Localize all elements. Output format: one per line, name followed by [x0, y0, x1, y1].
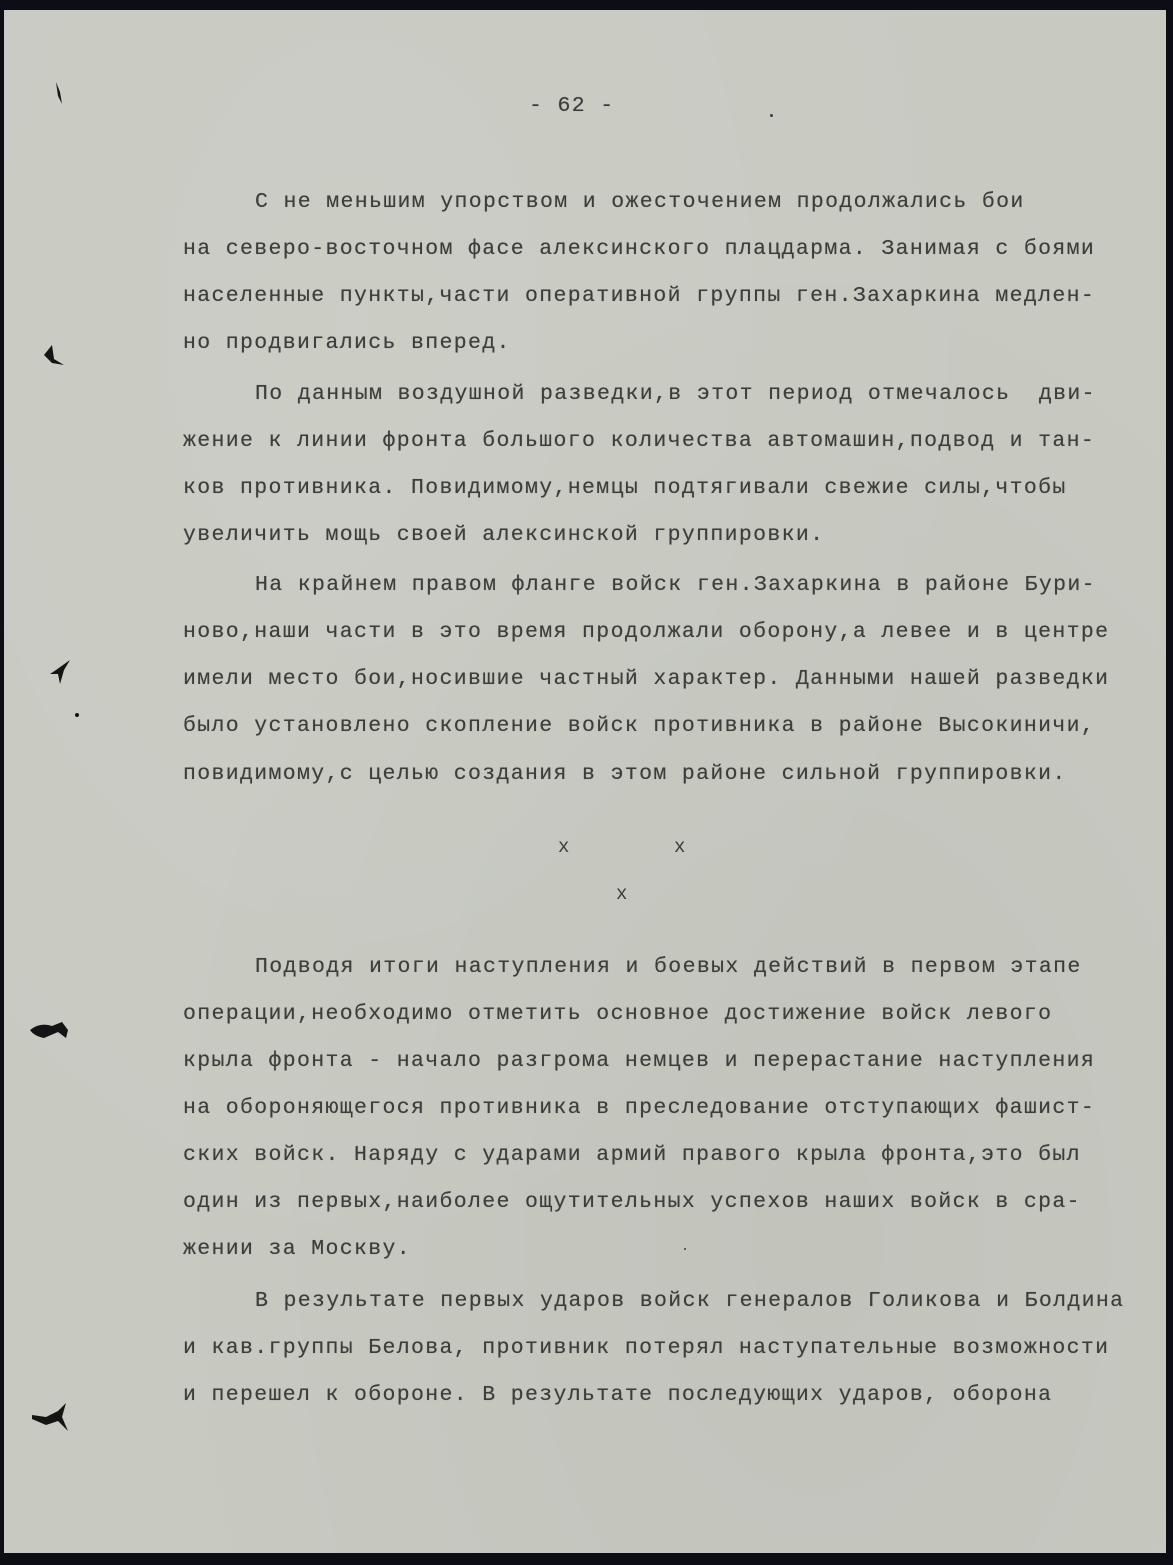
- paragraph-2-line-3: ков противника. Повидимому,немцы подтяги…: [183, 478, 1067, 500]
- paragraph-1-line-4: но продвигались вперед.: [183, 333, 511, 355]
- ink-speck: [684, 1248, 686, 1250]
- binding-holes: [4, 10, 124, 1553]
- paragraph-3-line-1: На крайнем правом фланге войск ген.Захар…: [255, 575, 1096, 597]
- paragraph-4-line-4: на обороняющегося противника в преследов…: [183, 1098, 1095, 1120]
- paragraph-1-line-2: на северо-восточном фасе алексинского пл…: [183, 239, 1095, 261]
- paragraph-1-line-1: С не меньшим упорством и ожесточением пр…: [255, 192, 1025, 214]
- separator-mark-3: x: [616, 883, 627, 905]
- paragraph-4-line-3: крыла фронта - начало разгрома немцев и …: [183, 1051, 1095, 1073]
- paragraph-2-line-2: жение к линии фронта большого количества…: [183, 431, 1095, 453]
- separator-mark-2: x: [674, 836, 685, 858]
- paragraph-4-line-5: ских войск. Наряду с ударами армий право…: [183, 1145, 1081, 1167]
- paragraph-5-line-3: и перешел к обороне. В результате послед…: [183, 1385, 1052, 1407]
- paragraph-2-line-4: увеличить мощь своей алексинской группир…: [183, 525, 824, 547]
- paragraph-3-line-2: ново,наши части в это время продолжали о…: [183, 622, 1109, 644]
- paragraph-4-line-1: Подводя итоги наступления и боевых дейст…: [255, 957, 1082, 979]
- page-number: - 62 -: [529, 96, 615, 118]
- paragraph-4-line-2: операции,необходимо отметить основное до…: [183, 1004, 1052, 1026]
- paragraph-2-line-1: По данным воздушной разведки,в этот пери…: [255, 384, 1096, 406]
- paragraph-3-line-3: имели место бои,носившие частный характе…: [183, 669, 1109, 691]
- paragraph-3-line-5: повидимому,с целью создания в этом район…: [183, 764, 1067, 786]
- separator-mark-1: x: [558, 836, 569, 858]
- paragraph-5-line-2: и кав.группы Белова, противник потерял н…: [183, 1338, 1109, 1360]
- paragraph-3-line-4: было установлено скопление войск противн…: [183, 716, 1095, 738]
- ink-speck: [770, 114, 773, 117]
- paragraph-4-line-7: жении за Москву.: [183, 1239, 411, 1261]
- paragraph-4-line-6: один из первых,наиболее ощутительных усп…: [183, 1192, 1081, 1214]
- paragraph-1-line-3: населенные пункты,части оперативной груп…: [183, 286, 1095, 308]
- document-page: - 62 - С не меньшим упорством и ожесточе…: [4, 10, 1166, 1553]
- punch-hole-icon: [30, 82, 79, 1431]
- paragraph-5-line-1: В результате первых ударов войск генерал…: [255, 1291, 1124, 1313]
